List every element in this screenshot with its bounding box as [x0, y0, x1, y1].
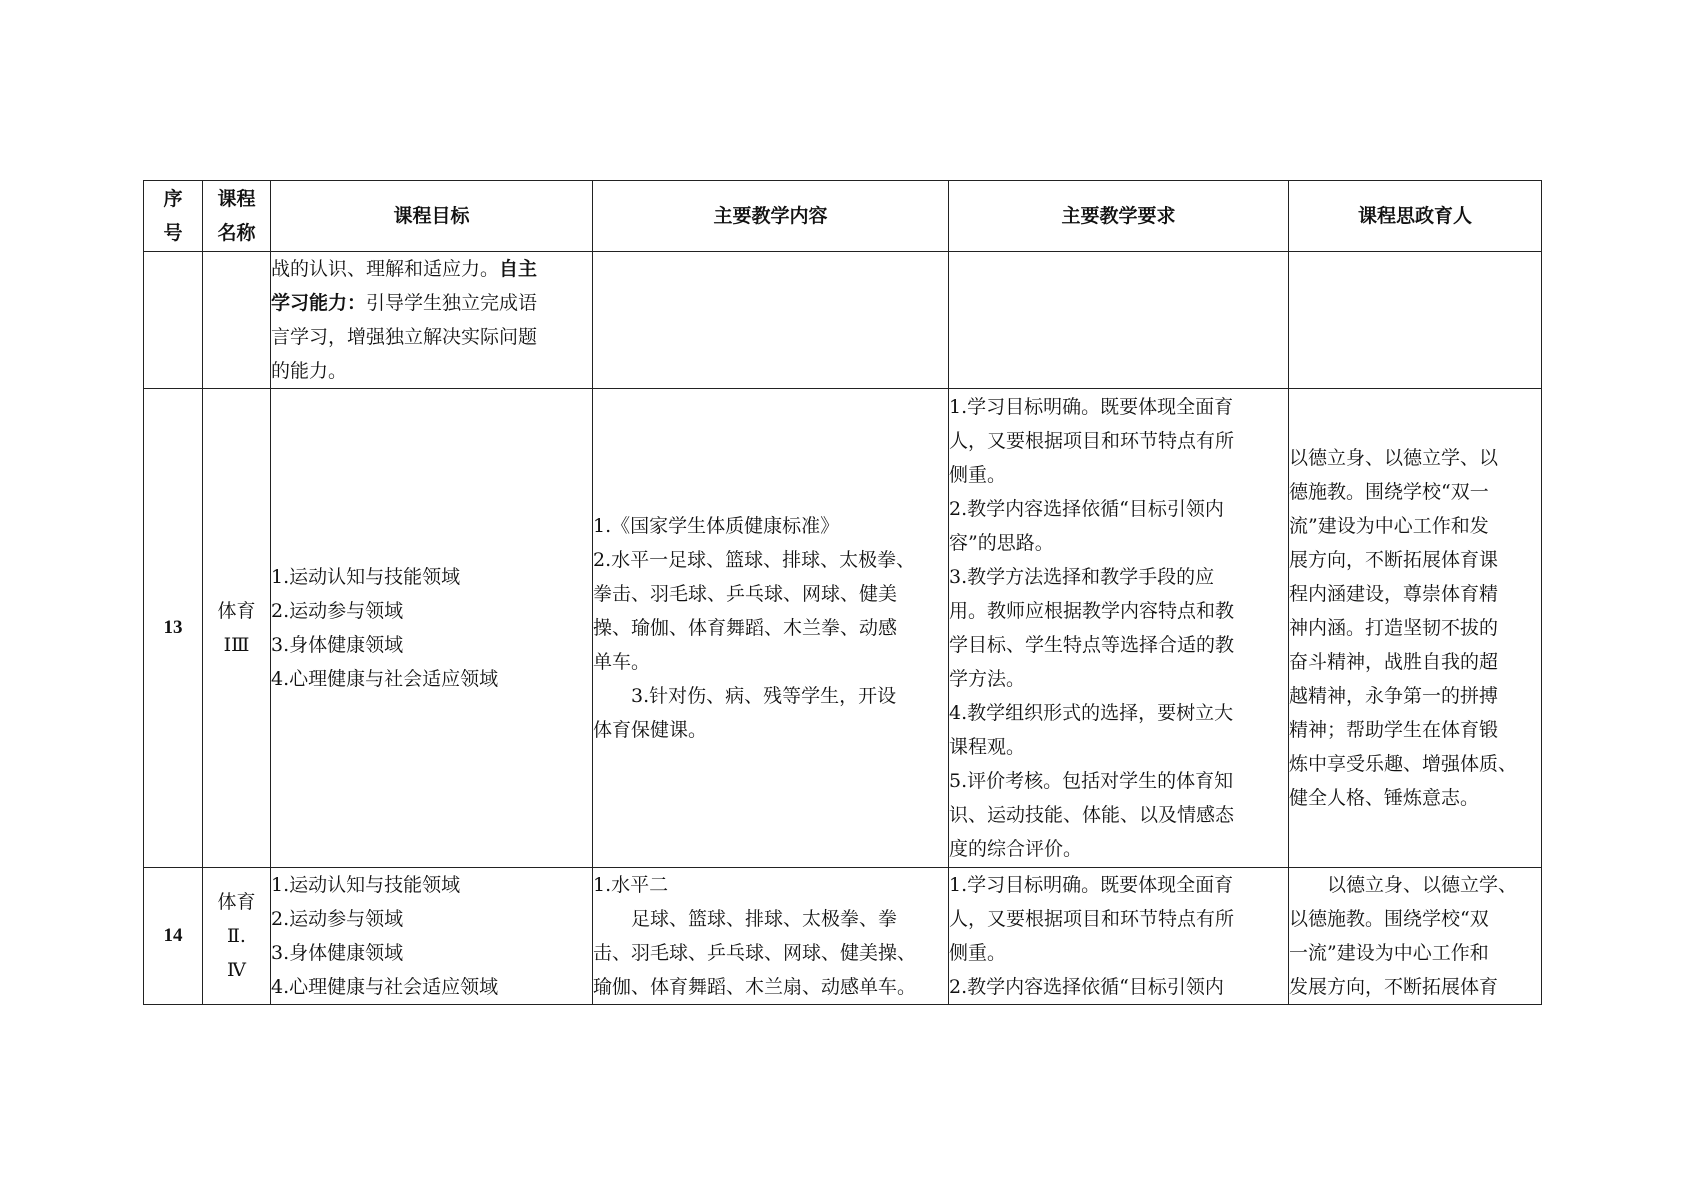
goal-line: 的能力。 [271, 354, 592, 388]
goal-line: 4.心理健康与社会适应领域 [271, 970, 592, 1004]
ideology-line: 展方向，不断拓展体育课 [1289, 543, 1541, 577]
content-line: 2.水平一足球、篮球、排球、太极拳、 [593, 543, 948, 577]
requirement-line: 侧重。 [949, 936, 1288, 970]
ideology-line: 奋斗精神，战胜自我的超 [1289, 645, 1541, 679]
table-row: 13 体育 ⅠⅢ 1.运动认知与技能领域 2.运动参与领域 3.身体健康领域 4… [144, 389, 1542, 868]
ideology-line: 以德立身、以德立学、 [1289, 868, 1541, 902]
requirement-line: 4.教学组织形式的选择，要树立大 [949, 696, 1288, 730]
cell-name: 体育 Ⅱ. Ⅳ [203, 868, 271, 1005]
goal-line: 2.运动参与领域 [271, 594, 592, 628]
header-teaching-content: 主要教学内容 [593, 181, 949, 252]
requirement-line: 容”的思路。 [949, 526, 1288, 560]
requirement-line: 人，又要根据项目和环节特点有所 [949, 424, 1288, 458]
ideology-line: 精神；帮助学生在体育锻 [1289, 713, 1541, 747]
header-seq-line: 号 [144, 216, 202, 250]
goal-line: 1.运动认知与技能领域 [271, 560, 592, 594]
ideology-line: 以德施教。围绕学校“双 [1289, 902, 1541, 936]
table-row: 战的认识、理解和适应力。自主 学习能力：引导学生独立完成语 言学习，增强独立解决… [144, 252, 1542, 389]
name-line: 体育 [203, 885, 270, 919]
name-line: 体育 [203, 594, 270, 628]
cell-name: 体育 ⅠⅢ [203, 389, 271, 868]
table-row: 14 体育 Ⅱ. Ⅳ 1.运动认知与技能领域 2.运动参与领域 3.身体健康领域… [144, 868, 1542, 1005]
cell-goal: 1.运动认知与技能领域 2.运动参与领域 3.身体健康领域 4.心理健康与社会适… [271, 389, 593, 868]
requirement-line: 学方法。 [949, 662, 1288, 696]
goal-line: 3.身体健康领域 [271, 628, 592, 662]
cell-seq: 14 [144, 868, 203, 1005]
goal-line: 言学习，增强独立解决实际问题 [271, 320, 592, 354]
content-line: 击、羽毛球、乒乓球、网球、健美操、 [593, 936, 948, 970]
name-line: ⅠⅢ [203, 628, 270, 662]
ideology-line: 以德立身、以德立学、以 [1289, 441, 1541, 475]
ideology-line: 流”建设为中心工作和发 [1289, 509, 1541, 543]
cell-ideology: 以德立身、以德立学、 以德施教。围绕学校“双 一流”建设为中心工作和 发展方向，… [1289, 868, 1542, 1005]
header-row: 序 号 课程 名称 课程目标 主要教学内容 主要教学要求 课程思政育人 [144, 181, 1542, 252]
header-name-line: 课程 [203, 182, 270, 216]
cell-requirements [949, 252, 1289, 389]
cell-content: 1.《国家学生体质健康标准》 2.水平一足球、篮球、排球、太极拳、 拳击、羽毛球… [593, 389, 949, 868]
header-course-goal: 课程目标 [271, 181, 593, 252]
goal-line: 学习能力：引导学生独立完成语 [271, 286, 592, 320]
name-line: Ⅳ [203, 953, 270, 987]
ideology-line: 一流”建设为中心工作和 [1289, 936, 1541, 970]
ideology-line: 炼中享受乐趣、增强体质、 [1289, 747, 1541, 781]
requirement-line: 5.评价考核。包括对学生的体育知 [949, 764, 1288, 798]
cell-seq [144, 252, 203, 389]
requirement-line: 学目标、学生特点等选择合适的教 [949, 628, 1288, 662]
requirement-line: 2.教学内容选择依循“目标引领内 [949, 970, 1288, 1004]
goal-line: 3.身体健康领域 [271, 936, 592, 970]
header-name-line: 名称 [203, 216, 270, 250]
requirement-line: 1.学习目标明确。既要体现全面育 [949, 390, 1288, 424]
ideology-line: 发展方向，不断拓展体育 [1289, 970, 1541, 1004]
content-line: 操、瑜伽、体育舞蹈、木兰拳、动感 [593, 611, 948, 645]
cell-content [593, 252, 949, 389]
content-line: 体育保健课。 [593, 713, 948, 747]
goal-line: 战的认识、理解和适应力。自主 [271, 252, 592, 286]
ideology-line: 程内涵建设，尊崇体育精 [1289, 577, 1541, 611]
header-ideological-education: 课程思政育人 [1289, 181, 1542, 252]
cell-ideology: 以德立身、以德立学、以 德施教。围绕学校“双一 流”建设为中心工作和发 展方向，… [1289, 389, 1542, 868]
cell-goal: 1.运动认知与技能领域 2.运动参与领域 3.身体健康领域 4.心理健康与社会适… [271, 868, 593, 1005]
goal-line: 1.运动认知与技能领域 [271, 868, 592, 902]
requirement-line: 用。教师应根据教学内容特点和教 [949, 594, 1288, 628]
ideology-line: 越精神，永争第一的拼搏 [1289, 679, 1541, 713]
goal-line: 4.心理健康与社会适应领域 [271, 662, 592, 696]
cell-seq: 13 [144, 389, 203, 868]
header-seq-line: 序 [144, 182, 202, 216]
cell-name [203, 252, 271, 389]
cell-goal: 战的认识、理解和适应力。自主 学习能力：引导学生独立完成语 言学习，增强独立解决… [271, 252, 593, 389]
curriculum-table: 序 号 课程 名称 课程目标 主要教学内容 主要教学要求 课程思政育人 战的认识… [143, 180, 1542, 1005]
content-line: 足球、篮球、排球、太极拳、拳 [593, 902, 948, 936]
requirement-line: 课程观。 [949, 730, 1288, 764]
cell-requirements: 1.学习目标明确。既要体现全面育 人，又要根据项目和环节特点有所 侧重。 2.教… [949, 868, 1289, 1005]
ideology-line: 健全人格、锤炼意志。 [1289, 781, 1541, 815]
content-line: 拳击、羽毛球、乒乓球、网球、健美 [593, 577, 948, 611]
content-line: 单车。 [593, 645, 948, 679]
ideology-line: 神内涵。打造坚韧不拔的 [1289, 611, 1541, 645]
cell-requirements: 1.学习目标明确。既要体现全面育 人，又要根据项目和环节特点有所 侧重。 2.教… [949, 389, 1289, 868]
header-teaching-requirements: 主要教学要求 [949, 181, 1289, 252]
requirement-line: 2.教学内容选择依循“目标引领内 [949, 492, 1288, 526]
goal-line: 2.运动参与领域 [271, 902, 592, 936]
content-line: 1.水平二 [593, 868, 948, 902]
requirement-line: 度的综合评价。 [949, 832, 1288, 866]
requirement-line: 识、运动技能、体能、以及情感态 [949, 798, 1288, 832]
requirement-line: 3.教学方法选择和教学手段的应 [949, 560, 1288, 594]
cell-ideology [1289, 252, 1542, 389]
name-line: Ⅱ. [203, 919, 270, 953]
cell-content: 1.水平二 足球、篮球、排球、太极拳、拳 击、羽毛球、乒乓球、网球、健美操、 瑜… [593, 868, 949, 1005]
content-line: 瑜伽、体育舞蹈、木兰扇、动感单车。 [593, 970, 948, 1004]
requirement-line: 1.学习目标明确。既要体现全面育 [949, 868, 1288, 902]
requirement-line: 人，又要根据项目和环节特点有所 [949, 902, 1288, 936]
requirement-line: 侧重。 [949, 458, 1288, 492]
ideology-line: 德施教。围绕学校“双一 [1289, 475, 1541, 509]
header-seq: 序 号 [144, 181, 203, 252]
header-course-name: 课程 名称 [203, 181, 271, 252]
content-line: 3.针对伤、病、残等学生，开设 [593, 679, 948, 713]
content-line: 1.《国家学生体质健康标准》 [593, 509, 948, 543]
